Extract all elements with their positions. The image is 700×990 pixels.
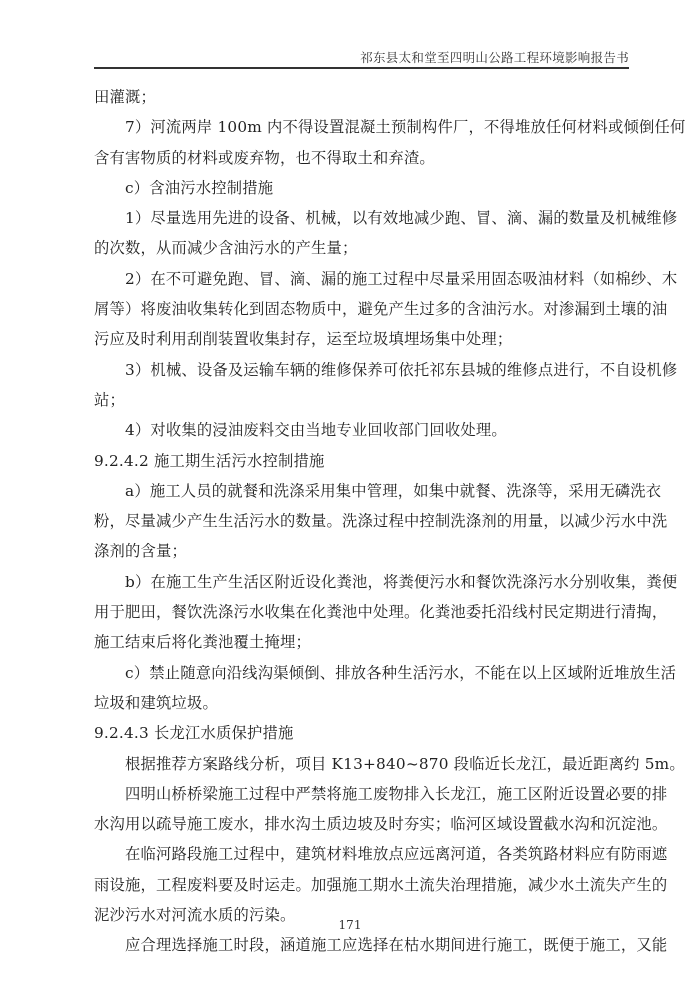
section-heading: 9.2.4.3 长龙江水质保护措施	[94, 718, 629, 748]
text-line: 雨设施，工程废料要及时运走。加强施工期水土流失治理措施，减少水土流失产生的	[94, 870, 629, 900]
text-line: 根据推荐方案路线分析，项目 K13+840~870 段临近长龙江，最近距离约 5…	[94, 749, 629, 779]
text-line: c）含油污水控制措施	[94, 173, 629, 203]
text-line: 的次数，从而减少含油污水的产生量；	[94, 233, 629, 263]
text-line: 涤剂的含量；	[94, 536, 629, 566]
text-line: 4）对收集的浸油废料交由当地专业回收部门回收处理。	[94, 415, 629, 445]
text-line: 污应及时利用刮削装置收集封存，运至垃圾填埋场集中处理；	[94, 324, 629, 354]
text-line: 屑等）将废油收集转化到固态物质中，避免产生过多的含油污水。对渗漏到土壤的油	[94, 294, 629, 324]
text-line: b）在施工生产生活区附近设化粪池，将粪便污水和餐饮洗涤污水分别收集，粪便	[94, 567, 629, 597]
page-number: 171	[0, 918, 700, 932]
section-heading: 9.2.4.2 施工期生活污水控制措施	[94, 446, 629, 476]
text-line: 1）尽量选用先进的设备、机械，以有效地减少跑、冒、滴、漏的数量及机械维修	[94, 203, 629, 233]
text-line: 应合理选择施工时段，涵道施工应选择在枯水期间进行施工，既便于施工，又能	[94, 930, 629, 960]
text-line: 田灌溉；	[94, 82, 629, 112]
text-line: 在临河路段施工过程中，建筑材料堆放点应远离河道，各类筑路材料应有防雨遮	[94, 839, 629, 869]
text-line: 施工结束后将化粪池覆土掩埋；	[94, 627, 629, 657]
page-header: 祁东县太和堂至四明山公路工程环境影响报告书	[94, 47, 629, 69]
text-line: 四明山桥桥梁施工过程中严禁将施工废物排入长龙江，施工区附近设置必要的排	[94, 779, 629, 809]
text-line: c）禁止随意向沿线沟渠倾倒、排放各种生活污水，不能在以上区域附近堆放生活	[94, 658, 629, 688]
text-line: 垃圾和建筑垃圾。	[94, 688, 629, 718]
document-body: 田灌溉；7）河流两岸 100m 内不得设置混凝土预制构件厂，不得堆放任何材料或倾…	[94, 82, 629, 961]
text-line: 粉，尽量减少产生生活污水的数量。洗涤过程中控制洗涤剂的用量，以减少污水中洗	[94, 506, 629, 536]
text-line: 用于肥田，餐饮洗涤污水收集在化粪池中处理。化粪池委托沿线村民定期进行清掏，	[94, 597, 629, 627]
text-line: 2）在不可避免跑、冒、滴、漏的施工过程中尽量采用固态吸油材料（如棉纱、木	[94, 264, 629, 294]
text-line: 3）机械、设备及运输车辆的维修保养可依托祁东县城的维修点进行，不自设机修	[94, 355, 629, 385]
text-line: 站；	[94, 385, 629, 415]
text-line: 水沟用以疏导施工废水，排水沟土质边坡及时夯实；临河区域设置截水沟和沉淀池。	[94, 809, 629, 839]
text-line: 7）河流两岸 100m 内不得设置混凝土预制构件厂，不得堆放任何材料或倾倒任何	[94, 112, 629, 142]
text-line: 含有害物质的材料或废弃物，也不得取土和弃渣。	[94, 143, 629, 173]
text-line: a）施工人员的就餐和洗涤采用集中管理，如集中就餐、洗涤等，采用无磷洗衣	[94, 476, 629, 506]
report-title: 祁东县太和堂至四明山公路工程环境影响报告书	[360, 50, 629, 65]
